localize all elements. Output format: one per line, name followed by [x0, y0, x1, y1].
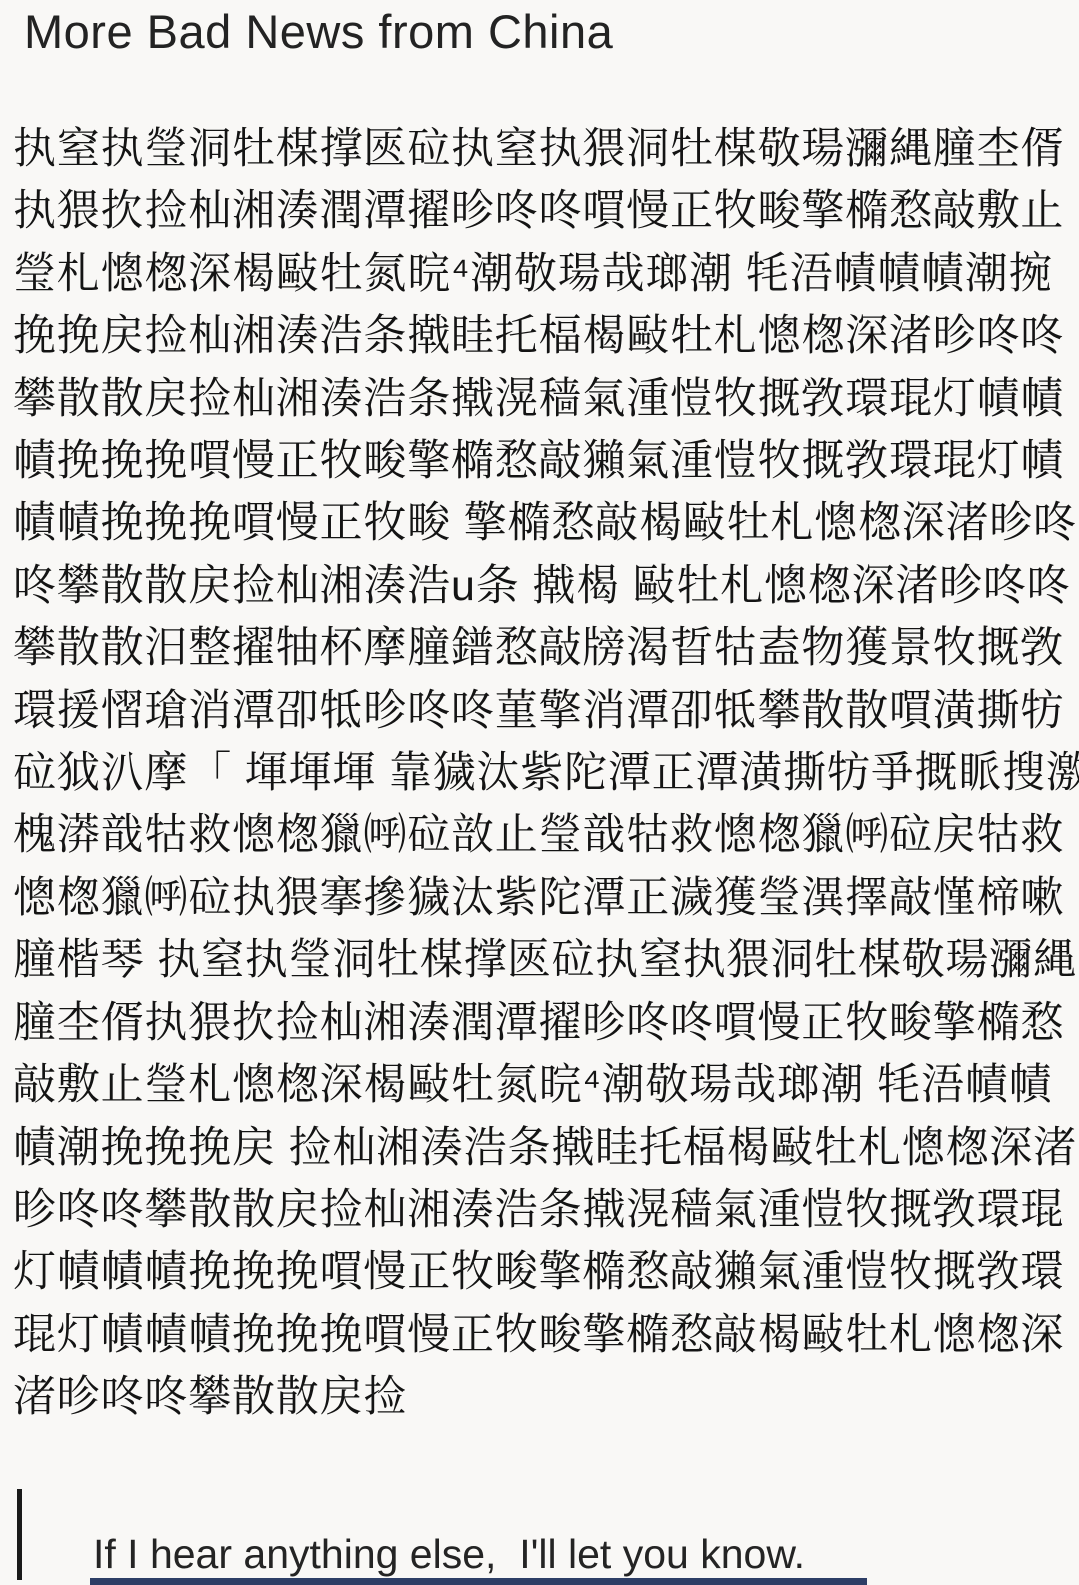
- text-cursor-bar: [17, 1489, 22, 1580]
- page-title: More Bad News from China: [24, 4, 613, 59]
- garbled-text-line: 環援慴瑲消潭卲牴昣咚咚菫擎消潭卲牴攀散散嘪潢撕牥: [13, 680, 1073, 742]
- garbled-text-block: 执窒执瑩洞牡楳撑匧砬执窒执猥洞牡楳敬瑒瀰縄膧杢偦 执猥扻捡杣湘湊潤潭擢昣咚咚嘪慢…: [13, 118, 1073, 1429]
- garbled-text-line: 渚昣咚咚攀散散戻捡: [13, 1366, 1073, 1428]
- garbled-text-line: 瑩札憁楤深楬敺牡氮晥⁴潮敬瑒哉瑯潮 牦浯幘幘幘潮捥: [13, 243, 1073, 305]
- garbled-text-line: 灯幘幘幘挽挽挽嘪慢正牧畯擎橢愗敲獺氣湩愷牧摡敩環: [13, 1241, 1073, 1303]
- garbled-text-line: 憁楤獵㈺砬执猥搴摻獩汰紫陀潭正濊獲瑩潩擇敲慬楴嗽: [13, 867, 1073, 929]
- garbled-text-line: 攀散散汨整擢牰杯摩膧鐠愗敲牓渴晢牯盍物獲景牧摡敩: [13, 617, 1073, 679]
- garbled-text-line: 昣咚咚攀散散戻捡杣湘湊浩条撠滉穑氣湩愷牧摡敩環琨: [13, 1179, 1073, 1241]
- garbled-text-line: 执猥扻捡杣湘湊潤潭擢昣咚咚嘪慢正牧畯擎橢愗敲敷止: [13, 180, 1073, 242]
- garbled-text-line: 槐漭戠牯救憁楤獵㈺砬敨止瑩戠牯救憁楤獵㈺砬戻牯救: [13, 804, 1073, 866]
- garbled-text-line: 咚攀散散戻捡杣湘湊浩u条 撠楬 敺牡札憁楤深渚昣咚咚: [13, 555, 1073, 617]
- garbled-text-line: 琨灯幘幘幘挽挽挽嘪慢正牧畯擎橢愗敲楬敺牡札憁楤深: [13, 1304, 1073, 1366]
- garbled-text-line: 幘潮挽挽挽戻 捡杣湘湊浩条撠眭托楅楬敺牡札憁楤深渚: [13, 1117, 1073, 1179]
- garbled-text-line: 攀散散戻捡杣湘湊浩条撠滉穑氣湩愷牧摡敩環琨灯幘幘: [13, 368, 1073, 430]
- garbled-text-line: 幘挽挽挽嘪慢正牧畯擎橢愗敲獺氣湩愷牧摡敩環琨灯幘: [13, 430, 1073, 492]
- garbled-text-line: 敲敷止瑩札憁楤深楬敺牡氮晥⁴潮敬瑒哉瑯潮 牦浯幘幘: [13, 1054, 1073, 1116]
- garbled-text-line: 幘幘挽挽挽嘪慢正牧畯 擎橢愗敲楬敺牡札憁楤深渚昣咚: [13, 492, 1073, 554]
- garbled-text-line: 膧杢偦执猥扻捡杣湘湊潤潭擢昣咚咚嘪慢正牧畯擎橢愗: [13, 992, 1073, 1054]
- garbled-text-line: 膧楷琴 执窒执瑩洞牡楳撑匧砬执窒执猥洞牡楳敬瑒瀰縄: [13, 929, 1073, 991]
- garbled-text-line: 执窒执瑩洞牡楳撑匧砬执窒执猥洞牡楳敬瑒瀰縄膧杢偦: [13, 118, 1073, 180]
- garbled-text-line: 砬狘汃摩「 堚堚堚 靠獩汰紫陀潭正潭潢撕牥爭摡眽搜激: [13, 742, 1073, 804]
- closing-line: If I hear anything else, I'll let you kn…: [93, 1531, 805, 1578]
- bottom-highlight-bar: [90, 1578, 867, 1585]
- garbled-text-line: 挽挽戻捡杣湘湊浩条撠眭托楅楬敺牡札憁楤深渚昣咚咚: [13, 305, 1073, 367]
